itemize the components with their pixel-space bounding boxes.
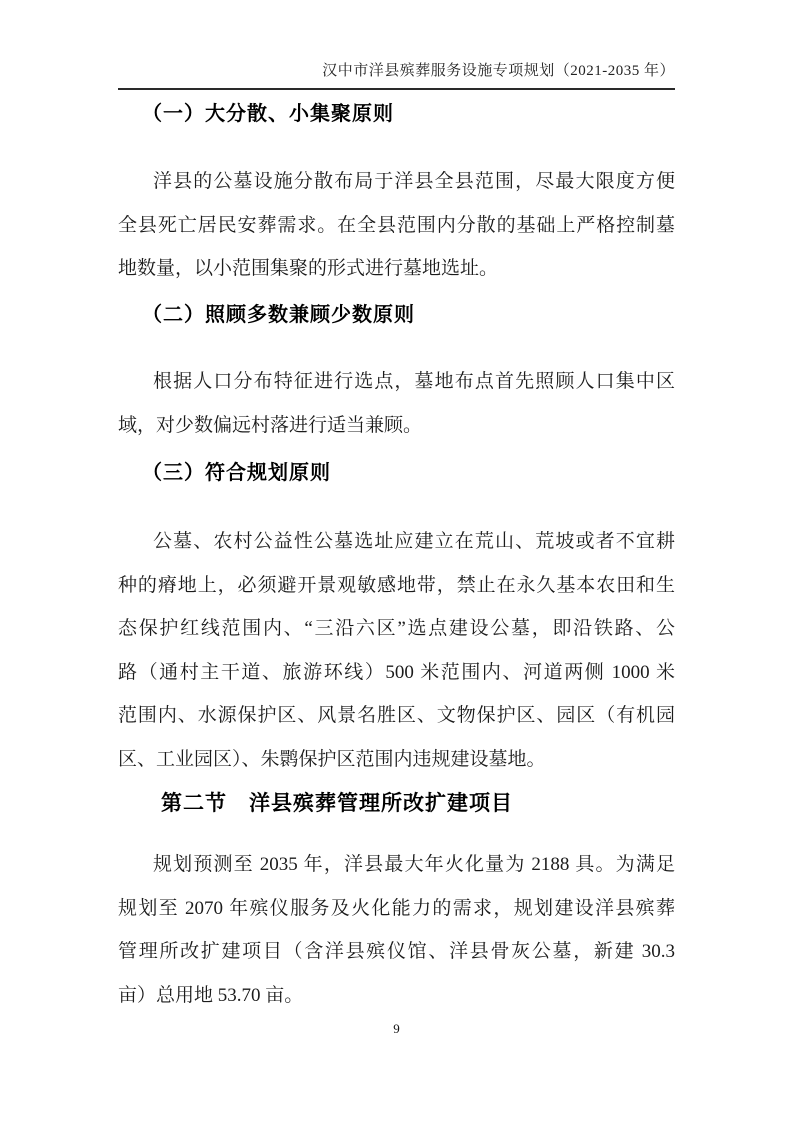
clause-heading-3: （三）符合规划原则 [118, 459, 675, 487]
paragraph-clause-1: 洋县的公墓设施分散布局于洋县全县范围，尽最大限度方便全县死亡居民安葬需求。在全县… [118, 160, 675, 291]
paragraph-line: 路（通村主干道、旅游环线）500 米范围内、河道两侧 1000 米 [118, 651, 675, 695]
paragraph-clause-2: 根据人口分布特征进行选点，墓地布点首先照顾人口集中区域，对少数偏远村落进行适当兼… [118, 360, 675, 447]
running-header-title: 汉中市洋县殡葬服务设施专项规划（2021-2035 年） [118, 61, 675, 81]
section-2-heading: 第二节 洋县殡葬管理所改扩建项目 [118, 789, 675, 818]
paragraph-line: 亩）总用地 53.70 亩。 [118, 974, 675, 1018]
paragraph-section-2: 规划预测至 2035 年，洋县最大年火化量为 2188 具。为满足规划至 207… [118, 843, 675, 1017]
paragraph-line: 域，对少数偏远村落进行适当兼顾。 [118, 404, 675, 448]
paragraph-line: 洋县的公墓设施分散布局于洋县全县范围，尽最大限度方便 [118, 160, 675, 204]
paragraph-clause-3: 公墓、农村公益性公墓选址应建立在荒山、荒坡或者不宜耕种的瘠地上，必须避开景观敏感… [118, 520, 675, 781]
paragraph-line: 根据人口分布特征进行选点，墓地布点首先照顾人口集中区 [118, 360, 675, 404]
paragraph-line: 公墓、农村公益性公墓选址应建立在荒山、荒坡或者不宜耕 [118, 520, 675, 564]
paragraph-line: 规划预测至 2035 年，洋县最大年火化量为 2188 具。为满足 [118, 843, 675, 887]
paragraph-line: 种的瘠地上，必须避开景观敏感地带，禁止在永久基本农田和生 [118, 564, 675, 608]
paragraph-line: 范围内、水源保护区、风景名胜区、文物保护区、园区（有机园 [118, 694, 675, 738]
paragraph-line: 地数量，以小范围集聚的形式进行墓地选址。 [118, 247, 675, 291]
page-number: 9 [118, 1020, 675, 1038]
paragraph-line: 全县死亡居民安葬需求。在全县范围内分散的基础上严格控制墓 [118, 204, 675, 248]
paragraph-line: 区、工业园区）、朱鹮保护区范围内违规建设墓地。 [118, 738, 675, 782]
clause-heading-2: （二）照顾多数兼顾少数原则 [118, 301, 675, 329]
paragraph-line: 规划至 2070 年殡仪服务及火化能力的需求，规划建设洋县殡葬 [118, 887, 675, 931]
document-page: 汉中市洋县殡葬服务设施专项规划（2021-2035 年） （一）大分散、小集聚原… [0, 0, 793, 1122]
paragraph-line: 态保护红线范围内、“三沿六区”选点建设公墓，即沿铁路、公 [118, 607, 675, 651]
paragraph-line: 管理所改扩建项目（含洋县殡仪馆、洋县骨灰公墓，新建 30.3 [118, 930, 675, 974]
clause-heading-1: （一）大分散、小集聚原则 [118, 100, 675, 128]
header-rule-divider [118, 88, 675, 90]
